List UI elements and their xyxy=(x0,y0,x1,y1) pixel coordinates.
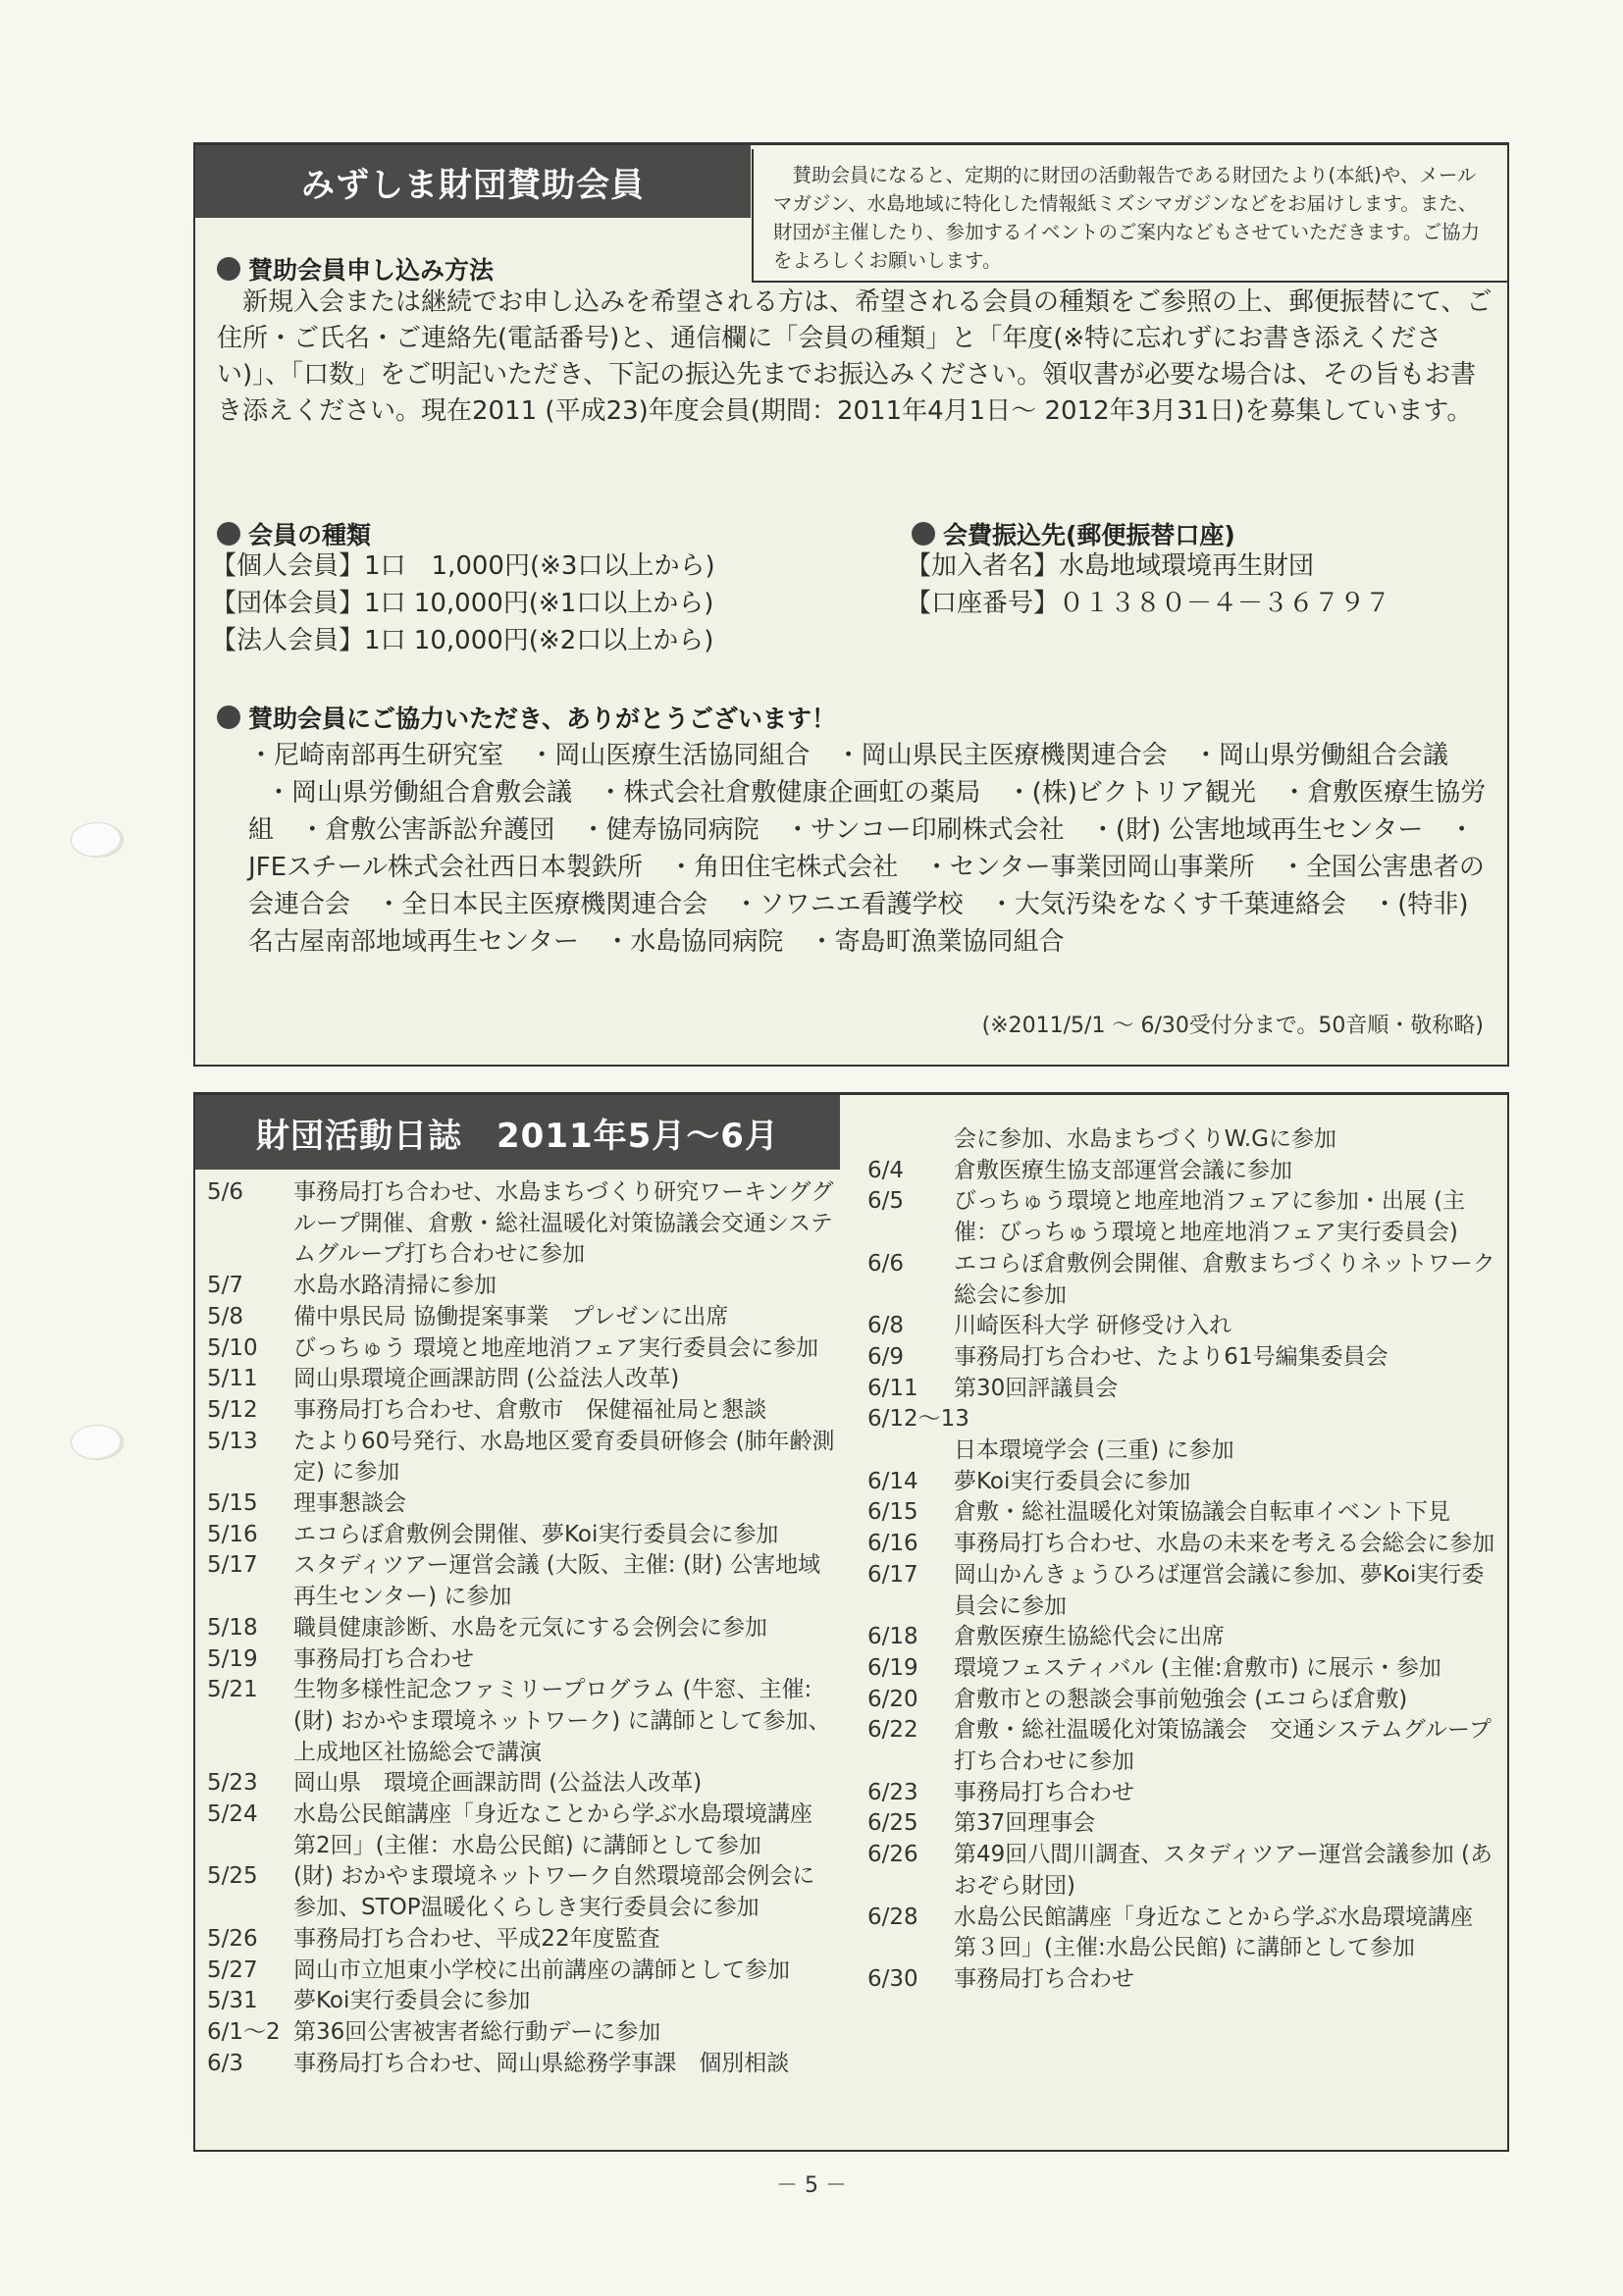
log-entry: 5/27岡山市立旭東小学校に出前講座の講師として参加 xyxy=(207,1956,835,1987)
log-date: 6/3 xyxy=(207,2049,293,2080)
activity-log-title: 財団活動日誌 2011年5月～6月 xyxy=(195,1095,840,1170)
log-text: びっちゅう環境と地産地消フェアに参加・出展 (主催：びっちゅう環境と地産地消フェ… xyxy=(954,1186,1495,1248)
log-date xyxy=(867,1124,954,1156)
log-entry: 5/12事務局打ち合わせ、倉敷市 保健福祉局と懇談 xyxy=(207,1395,835,1427)
log-text: 岡山県環境企画課訪問 (公益法人改革) xyxy=(293,1364,835,1395)
activity-log-right-column: 会に参加、水島まちづくりW.Gに参加6/4倉敷医療生協支部運営会議に参加6/5び… xyxy=(867,1124,1495,1996)
thanks-heading: 賛助会員にご協力いただき、ありがとうございます！ xyxy=(217,700,836,735)
log-text: 日本環境学会 (三重) に参加 xyxy=(954,1435,1495,1467)
log-date: 6/22 xyxy=(867,1715,954,1777)
log-entry: 5/15理事懇談会 xyxy=(207,1488,835,1520)
supporters-note: (※2011/5/1 ～ 6/30受付分まで。50音順・敬称略) xyxy=(982,1009,1484,1039)
log-date: 5/24 xyxy=(207,1800,293,1861)
log-text: 岡山かんきょうひろば運営会議に参加、夢Koi実行委員会に参加 xyxy=(954,1560,1495,1622)
log-text: 水島水路清掃に参加 xyxy=(293,1271,835,1302)
supporter-item: 大気汚染をなくす千葉連絡会 xyxy=(989,890,1346,919)
log-text: 水島公民館講座「身近なことから学ぶ水島環境講座 第2回」(主催：水島公民館) に… xyxy=(293,1800,835,1861)
log-entry: 6/22倉敷・総社温暖化対策協議会 交通システムグループ打ち合わせに参加 xyxy=(867,1715,1495,1777)
log-date: 6/4 xyxy=(867,1156,954,1187)
log-text: 倉敷・総社温暖化対策協議会自転車イベント下見 xyxy=(954,1497,1495,1529)
log-entry: 5/13たより60号発行、水島地区愛育委員研修会 (肺年齢測定) に参加 xyxy=(207,1427,835,1488)
log-entry: 5/6事務局打ち合わせ、水島まちづくり研究ワーキンググループ開催、倉敷・総社温暖… xyxy=(207,1177,835,1271)
membership-title: みずしま財団賛助会員 xyxy=(195,145,751,218)
log-date: 6/28 xyxy=(867,1903,954,1964)
log-entry: 6/5びっちゅう環境と地産地消フェアに参加・出展 (主催：びっちゅう環境と地産地… xyxy=(867,1186,1495,1248)
log-entry: 6/9事務局打ち合わせ、たより61号編集委員会 xyxy=(867,1342,1495,1374)
log-entry: 5/11岡山県環境企画課訪問 (公益法人改革) xyxy=(207,1364,835,1395)
log-entry: 5/8備中県民局 協働提案事業 プレゼンに出席 xyxy=(207,1302,835,1333)
member-type-individual: 【個人会員】1口 1,000円(※3口以上から) xyxy=(211,548,715,585)
log-date: 5/26 xyxy=(207,1924,293,1956)
log-entry: 5/7水島水路清掃に参加 xyxy=(207,1271,835,1302)
membership-intro-box: 賛助会員になると、定期的に財団の活動報告である財団たより(本紙)や、メールマガジ… xyxy=(752,149,1507,283)
supporter-item: 株式会社倉敷健康企画虹の薬局 xyxy=(598,778,980,808)
log-date: 5/10 xyxy=(207,1333,293,1365)
bullet-icon xyxy=(912,522,935,546)
log-text: 理事懇談会 xyxy=(293,1488,835,1520)
log-date: 5/23 xyxy=(207,1768,293,1800)
log-entry: 6/19環境フェスティバル (主催:倉敷市) に展示・参加 xyxy=(867,1653,1495,1685)
how-to-apply-body: 新規入会または継続でお申し込みを希望される方は、希望される会員の種類をご参照の上… xyxy=(217,285,1492,430)
log-date: 6/11 xyxy=(867,1374,954,1405)
log-date: 6/23 xyxy=(867,1778,954,1809)
supporter-item: ソワニエ看護学校 xyxy=(734,890,964,919)
supporters-list: 尼崎南部再生研究室 岡山医療生活協同組合 岡山県民主医療機関連合会 岡山県労働組… xyxy=(217,737,1492,961)
bullet-icon xyxy=(217,522,240,546)
log-date: 5/12 xyxy=(207,1395,293,1427)
supporter-item: 岡山県労働組合倉敷会議 xyxy=(266,778,572,808)
payment-account-name: 【加入者名】水島地域環境再生財団 xyxy=(906,548,1390,585)
log-date: 6/6 xyxy=(867,1249,954,1311)
log-entry: 6/11第30回評議員会 xyxy=(867,1374,1495,1405)
log-date: 5/15 xyxy=(207,1488,293,1520)
log-text: 水島公民館講座「身近なことから学ぶ水島環境講座 第３回」(主催:水島公民館) に… xyxy=(954,1903,1495,1964)
log-date: 5/7 xyxy=(207,1271,293,1302)
log-date: 5/13 xyxy=(207,1427,293,1488)
log-entry: 6/17岡山かんきょうひろば運営会議に参加、夢Koi実行委員会に参加 xyxy=(867,1560,1495,1622)
supporter-item: 角田住宅株式会社 xyxy=(668,853,898,882)
activity-log-section: 財団活動日誌 2011年5月～6月 5/6事務局打ち合わせ、水島まちづくり研究ワ… xyxy=(193,1092,1509,2152)
punch-hole-bottom xyxy=(71,1425,124,1460)
log-text: 職員健康診断、水島を元気にする会例会に参加 xyxy=(293,1613,835,1644)
log-text: びっちゅう 環境と地産地消フェア実行委員会に参加 xyxy=(293,1333,835,1365)
member-type-group: 【団体会員】1口 10,000円(※1口以上から) xyxy=(211,585,715,622)
log-entry: 5/25(財) おかやま環境ネットワーク自然環境部会例会に参加、STOP温暖化く… xyxy=(207,1861,835,1923)
log-entry: 日本環境学会 (三重) に参加 xyxy=(867,1435,1495,1467)
supporter-item: 岡山県民主医療機関連合会 xyxy=(836,741,1168,770)
supporter-item: 尼崎南部再生研究室 xyxy=(248,741,503,770)
log-entry: 5/17スタディツアー運営会議 (大阪、主催: (財) 公害地域再生センター) … xyxy=(207,1550,835,1612)
log-entry: 6/16事務局打ち合わせ、水島の未来を考える会総会に参加 xyxy=(867,1529,1495,1560)
supporter-item: 健寿協同病院 xyxy=(581,815,759,845)
payment-info: 【加入者名】水島地域環境再生財団 【口座番号】０１３８０－４－３６７９７ xyxy=(906,548,1390,622)
log-entry: 6/14夢Koi実行委員会に参加 xyxy=(867,1467,1495,1498)
log-entry: 5/19事務局打ち合わせ xyxy=(207,1644,835,1676)
log-text: 事務局打ち合わせ、倉敷市 保健福祉局と懇談 xyxy=(293,1395,835,1427)
log-date: 6/17 xyxy=(867,1560,954,1622)
log-text: 川崎医科大学 研修受け入れ xyxy=(954,1311,1495,1342)
page-number: － 5 － xyxy=(0,2168,1623,2199)
log-text: 第30回評議員会 xyxy=(954,1374,1495,1405)
supporter-item: 全日本民主医療機関連合会 xyxy=(376,890,707,919)
log-text: 事務局打ち合わせ xyxy=(954,1964,1495,1996)
log-entry: 6/8川崎医科大学 研修受け入れ xyxy=(867,1311,1495,1342)
log-date: 6/1～2 xyxy=(207,2017,293,2049)
log-text: 第49回八間川調査、スタディツアー運営会議参加 (あおぞら財団) xyxy=(954,1840,1495,1902)
member-types-heading: 会員の種類 xyxy=(217,516,371,551)
log-text: 夢Koi実行委員会に参加 xyxy=(954,1467,1495,1498)
payment-account-number: 【口座番号】０１３８０－４－３６７９７ xyxy=(906,585,1390,622)
log-text: (財) おかやま環境ネットワーク自然環境部会例会に参加、STOP温暖化くらしき実… xyxy=(293,1861,835,1923)
log-date: 5/8 xyxy=(207,1302,293,1333)
log-text: 環境フェスティバル (主催:倉敷市) に展示・参加 xyxy=(954,1653,1495,1685)
log-text xyxy=(969,1404,1495,1435)
log-date: 6/16 xyxy=(867,1529,954,1560)
log-date: 6/15 xyxy=(867,1497,954,1529)
supporter-item: 寄島町漁業協同組合 xyxy=(810,927,1065,957)
log-entry: 6/26第49回八間川調査、スタディツアー運営会議参加 (あおぞら財団) xyxy=(867,1840,1495,1902)
log-entry: 5/31夢Koi実行委員会に参加 xyxy=(207,1986,835,2017)
log-entry: 6/1～2第36回公害被害者総行動デーに参加 xyxy=(207,2017,835,2049)
bullet-icon xyxy=(217,257,240,281)
log-entry: 6/4倉敷医療生協支部運営会議に参加 xyxy=(867,1156,1495,1187)
punch-hole-top xyxy=(71,822,124,858)
log-date: 5/18 xyxy=(207,1613,293,1644)
log-text: 備中県民局 協働提案事業 プレゼンに出席 xyxy=(293,1302,835,1333)
log-date: 6/18 xyxy=(867,1622,954,1653)
supporter-item: 岡山県労働組合会議 xyxy=(1193,741,1448,770)
log-date: 5/16 xyxy=(207,1520,293,1551)
log-text: 倉敷医療生協支部運営会議に参加 xyxy=(954,1156,1495,1187)
supporter-item: サンコー印刷株式会社 xyxy=(785,815,1065,845)
log-text: 岡山市立旭東小学校に出前講座の講師として参加 xyxy=(293,1956,835,1987)
log-entry: 6/12～13 xyxy=(867,1404,1495,1435)
membership-intro-text: 賛助会員になると、定期的に財団の活動報告である財団たより(本紙)や、メールマガジ… xyxy=(773,161,1490,275)
log-date: 6/8 xyxy=(867,1311,954,1342)
log-entry: 6/20倉敷市との懇談会事前勉強会 (エコらぼ倉敷) xyxy=(867,1685,1495,1716)
log-entry: 6/3事務局打ち合わせ、岡山県総務学事課 個別相談 xyxy=(207,2049,835,2080)
log-date: 5/27 xyxy=(207,1956,293,1987)
payment-heading: 会費振込先(郵便振替口座) xyxy=(912,516,1235,551)
log-text: 事務局打ち合わせ xyxy=(954,1778,1495,1809)
log-entry: 6/6エコらぼ倉敷例会開催、倉敷まちづくりネットワーク総会に参加 xyxy=(867,1249,1495,1311)
log-text: 会に参加、水島まちづくりW.Gに参加 xyxy=(954,1124,1495,1156)
log-date: 5/31 xyxy=(207,1986,293,2017)
log-date: 6/19 xyxy=(867,1653,954,1685)
log-date: 6/9 xyxy=(867,1342,954,1374)
log-date: 5/17 xyxy=(207,1550,293,1612)
log-text: 倉敷・総社温暖化対策協議会 交通システムグループ打ち合わせに参加 xyxy=(954,1715,1495,1777)
log-date: 5/21 xyxy=(207,1675,293,1768)
log-entry: 5/26事務局打ち合わせ、平成22年度監査 xyxy=(207,1924,835,1956)
log-entry: 6/30事務局打ち合わせ xyxy=(867,1964,1495,1996)
log-text: エコらぼ倉敷例会開催、倉敷まちづくりネットワーク総会に参加 xyxy=(954,1249,1495,1311)
log-entry: 6/18倉敷医療生協総代会に出席 xyxy=(867,1622,1495,1653)
member-types-list: 【個人会員】1口 1,000円(※3口以上から) 【団体会員】1口 10,000… xyxy=(211,548,715,659)
supporter-item: 水島協同病院 xyxy=(604,927,783,957)
log-text: 岡山県 環境企画課訪問 (公益法人改革) xyxy=(293,1768,835,1800)
membership-section: みずしま財団賛助会員 賛助会員になると、定期的に財団の活動報告である財団たより(… xyxy=(193,142,1509,1067)
how-to-apply-heading: 賛助会員申し込み方法 xyxy=(217,251,494,287)
log-text: 事務局打ち合わせ、岡山県総務学事課 個別相談 xyxy=(293,2049,835,2080)
log-text: 倉敷医療生協総代会に出席 xyxy=(954,1622,1495,1653)
log-date: 5/11 xyxy=(207,1364,293,1395)
log-entry: 6/23事務局打ち合わせ xyxy=(867,1778,1495,1809)
log-entry: 会に参加、水島まちづくりW.Gに参加 xyxy=(867,1124,1495,1156)
log-entry: 5/16エコらぼ倉敷例会開催、夢Koi実行委員会に参加 xyxy=(207,1520,835,1551)
supporter-item: センター事業団岡山事業所 xyxy=(924,853,1255,882)
log-text: エコらぼ倉敷例会開催、夢Koi実行委員会に参加 xyxy=(293,1520,835,1551)
log-entry: 5/24水島公民館講座「身近なことから学ぶ水島環境講座 第2回」(主催：水島公民… xyxy=(207,1800,835,1861)
log-date: 6/20 xyxy=(867,1685,954,1716)
log-date: 5/6 xyxy=(207,1177,293,1271)
log-date: 5/25 xyxy=(207,1861,293,1923)
log-entry: 5/10びっちゅう 環境と地産地消フェア実行委員会に参加 xyxy=(207,1333,835,1365)
supporter-item: (株)ビクトリア観光 xyxy=(1007,778,1256,808)
log-date: 6/25 xyxy=(867,1808,954,1840)
log-date: 5/19 xyxy=(207,1644,293,1676)
log-text: 生物多様性記念ファミリープログラム (牛窓、主催: (財) おかやま環境ネットワ… xyxy=(293,1675,835,1768)
supporter-item: 岡山医療生活協同組合 xyxy=(529,741,810,770)
bullet-icon xyxy=(217,705,240,729)
supporter-item: (財) 公害地域再生センター xyxy=(1090,815,1424,845)
log-entry: 6/15倉敷・総社温暖化対策協議会自転車イベント下見 xyxy=(867,1497,1495,1529)
log-text: 事務局打ち合わせ xyxy=(293,1644,835,1676)
log-date: 6/14 xyxy=(867,1467,954,1498)
log-entry: 5/23岡山県 環境企画課訪問 (公益法人改革) xyxy=(207,1768,835,1800)
member-type-corporate: 【法人会員】1口 10,000円(※2口以上から) xyxy=(211,622,715,659)
log-date: 6/30 xyxy=(867,1964,954,1996)
log-text: 第37回理事会 xyxy=(954,1808,1495,1840)
supporter-item: 倉敷公害訴訟弁護団 xyxy=(299,815,554,845)
log-text: たより60号発行、水島地区愛育委員研修会 (肺年齢測定) に参加 xyxy=(293,1427,835,1488)
log-text: 事務局打ち合わせ、たより61号編集委員会 xyxy=(954,1342,1495,1374)
log-text: 事務局打ち合わせ、水島まちづくり研究ワーキンググループ開催、倉敷・総社温暖化対策… xyxy=(293,1177,835,1271)
log-date: 6/26 xyxy=(867,1840,954,1902)
log-text: 夢Koi実行委員会に参加 xyxy=(293,1986,835,2017)
log-date xyxy=(867,1435,954,1467)
log-text: 事務局打ち合わせ、水島の未来を考える会総会に参加 xyxy=(954,1529,1495,1560)
log-entry: 5/18職員健康診断、水島を元気にする会例会に参加 xyxy=(207,1613,835,1644)
log-entry: 6/25第37回理事会 xyxy=(867,1808,1495,1840)
log-date: 6/5 xyxy=(867,1186,954,1248)
activity-log-left-column: 5/6事務局打ち合わせ、水島まちづくり研究ワーキンググループ開催、倉敷・総社温暖… xyxy=(207,1177,835,2079)
log-text: 第36回公害被害者総行動デーに参加 xyxy=(293,2017,835,2049)
log-text: スタディツアー運営会議 (大阪、主催: (財) 公害地域再生センター) に参加 xyxy=(293,1550,835,1612)
log-text: 事務局打ち合わせ、平成22年度監査 xyxy=(293,1924,835,1956)
log-entry: 6/28水島公民館講座「身近なことから学ぶ水島環境講座 第３回」(主催:水島公民… xyxy=(867,1903,1495,1964)
log-date: 6/12～13 xyxy=(867,1404,969,1435)
log-entry: 5/21生物多様性記念ファミリープログラム (牛窓、主催: (財) おかやま環境… xyxy=(207,1675,835,1768)
log-text: 倉敷市との懇談会事前勉強会 (エコらぼ倉敷) xyxy=(954,1685,1495,1716)
